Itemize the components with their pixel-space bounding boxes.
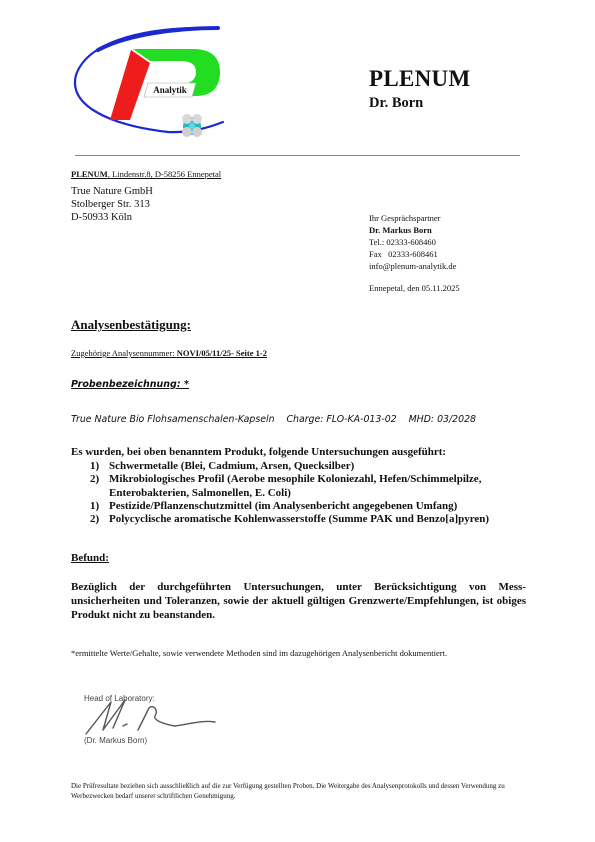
recipient-line: D-50933 Köln [71,211,153,224]
recipient-line: Stolberger Str. 313 [71,198,153,211]
test-number: 2) [90,513,99,526]
test-item: 2)Polycyclische aromatische Kohlenwasser… [90,513,540,526]
reference-number: NOVI/05/11/25- Seite 1-2 [177,348,267,358]
footer-disclaimer: Die Prüfresultate beziehen sich ausschli… [71,781,531,801]
company-name: PLENUM [369,66,470,92]
test-item: 1)Pestizide/Pflanzenschutzmittel (im Ana… [90,500,540,513]
finding-heading: Befund: [71,552,109,564]
finding-text: Bezüglich der durchgeführten Untersuchun… [71,580,526,622]
sender-address: , Lindenstr.8, D-58256 Ennepetal [108,169,221,179]
test-item: 1)Schwermetalle (Blei, Cadmium, Arsen, Q… [90,460,540,473]
test-text: Pestizide/Pflanzenschutzmittel (im Analy… [109,500,457,512]
test-number: 1) [90,500,99,513]
signature-name: (Dr. Markus Born) [84,736,147,745]
test-item: 2)Mikrobiologisches Profil (Aerobe mesop… [90,473,540,500]
test-text: Mikrobiologisches Profil (Aerobe mesophi… [109,473,481,498]
header-divider [75,155,520,156]
plenum-analytik-logo: Analytik [68,20,248,150]
test-number: 1) [90,460,99,473]
footnote: *ermittelte Werte/Gehalte, sowie verwend… [71,648,447,658]
contact-fax: Fax 02333-608461 [369,248,460,260]
contact-email[interactable]: info@plenum-analytik.de [369,260,460,272]
contact-tel: Tel.: 02333-608460 [369,236,460,248]
sample-description: True Nature Bio Flohsamenschalen-Kapseln… [71,414,476,425]
sample-heading: Probenbezeichnung: * [71,379,189,390]
recipient-line: True Nature GmbH [71,185,153,198]
company-subtitle: Dr. Born [369,95,423,112]
test-number: 2) [90,473,99,486]
contact-label: Ihr Gesprächspartner [369,212,460,224]
contact-name: Dr. Markus Born [369,224,460,236]
reference-label: Zugehörige Analysennummer: [71,348,177,358]
test-text: Polycyclische aromatische Kohlenwasserst… [109,513,489,525]
logo-label: Analytik [153,85,187,95]
document-title: Analysenbestätigung: [71,317,191,333]
analysis-reference: Zugehörige Analysennummer: NOVI/05/11/25… [71,348,267,358]
test-text: Schwermetalle (Blei, Cadmium, Arsen, Que… [109,460,354,472]
sender-line: PLENUM, Lindenstr.8, D-58256 Ennepetal [71,169,221,179]
tests-intro: Es wurden, bei oben benanntem Produkt, f… [71,446,446,458]
molecule-icon [182,114,202,137]
recipient-address: True Nature GmbH Stolberger Str. 313 D-5… [71,185,153,224]
tests-list: 1)Schwermetalle (Blei, Cadmium, Arsen, Q… [90,460,540,526]
place-date: Ennepetal, den 05.11.2025 [369,282,460,294]
contact-block: Ihr Gesprächspartner Dr. Markus Born Tel… [369,212,460,294]
sender-company: PLENUM [71,169,108,179]
